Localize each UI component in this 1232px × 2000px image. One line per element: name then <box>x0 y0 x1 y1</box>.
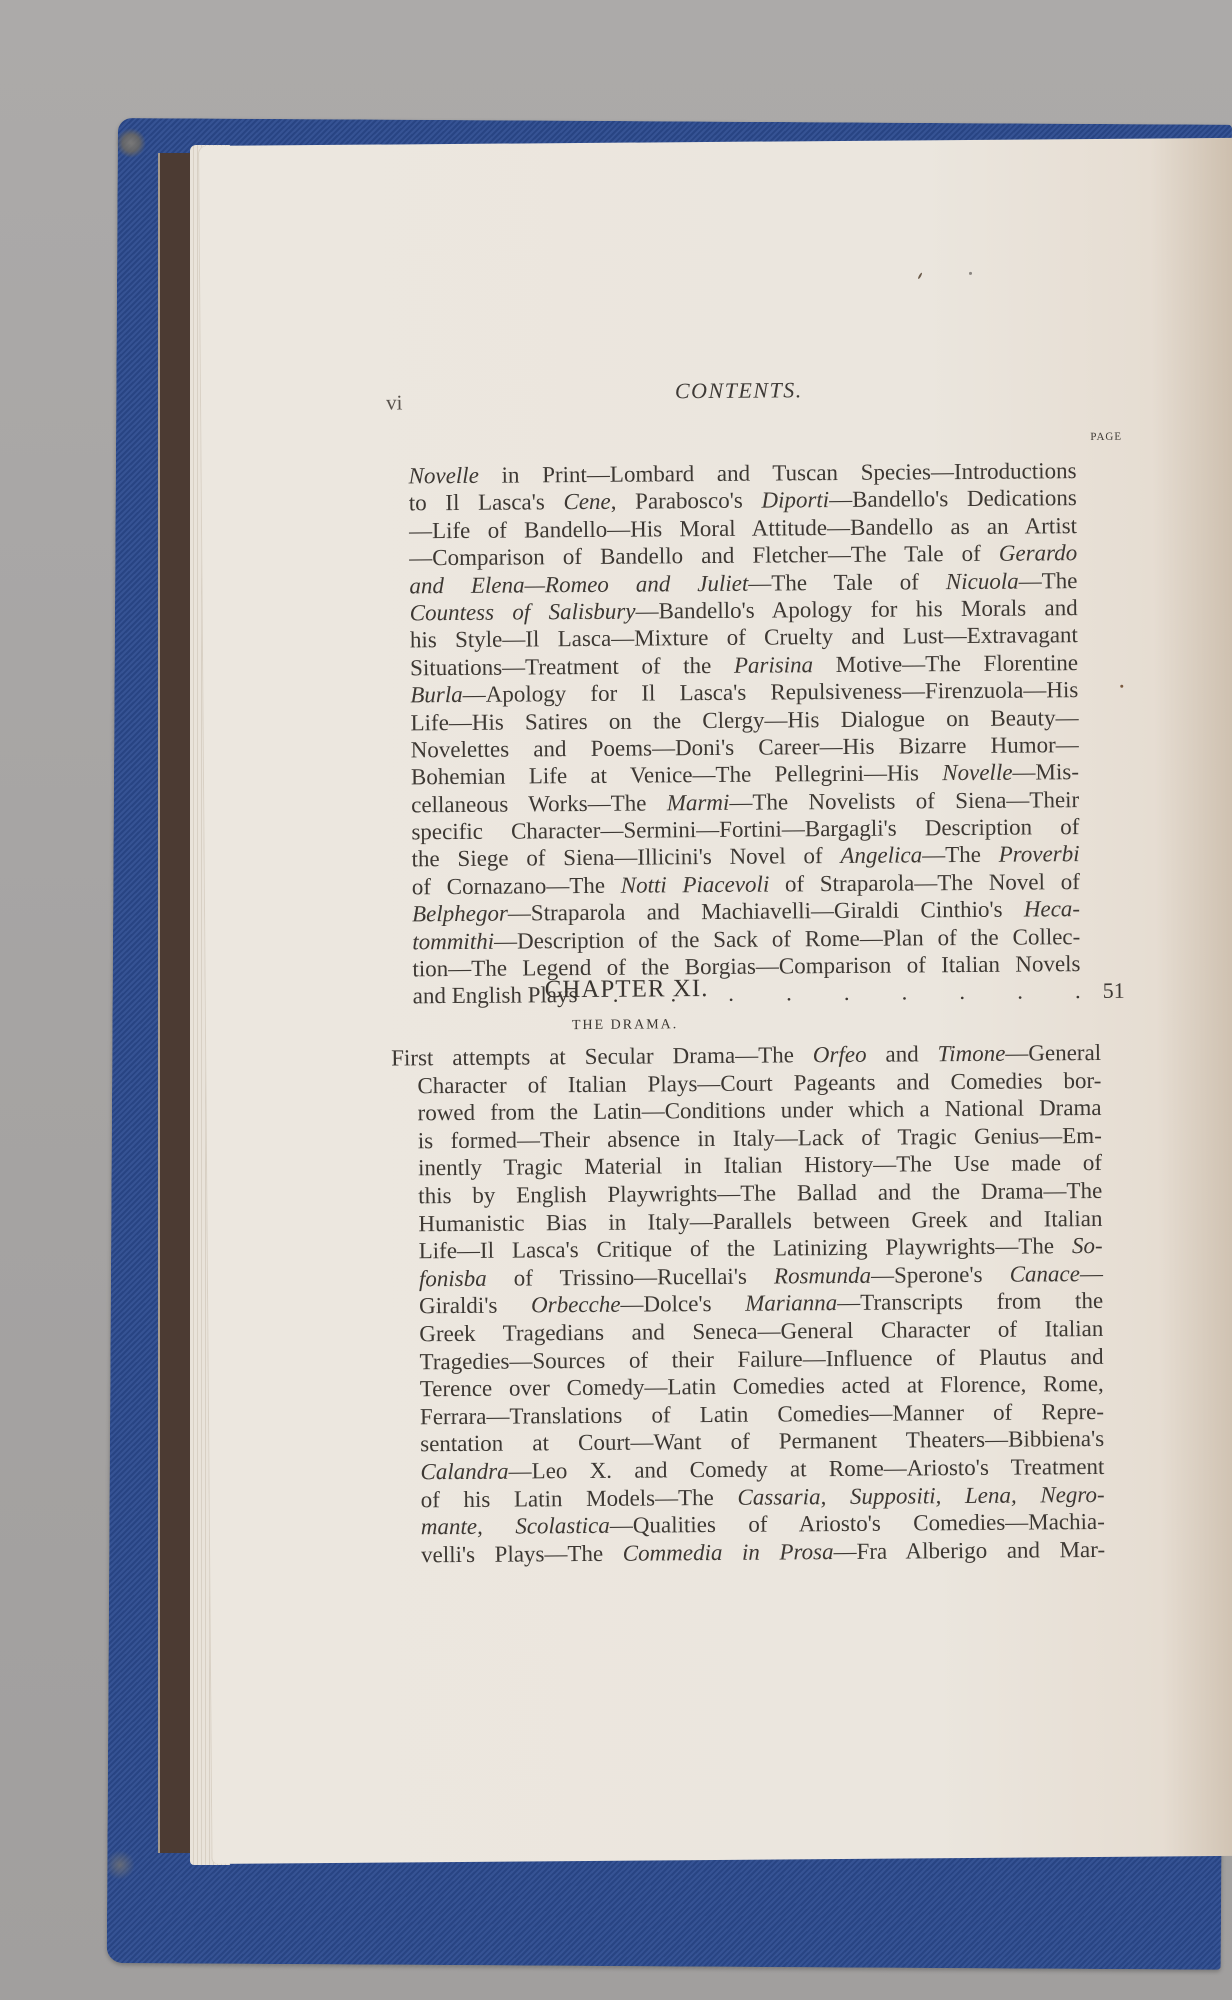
text-run: —Bandello's Dedications <box>829 485 1077 512</box>
italic-title: fonisba <box>419 1266 487 1292</box>
toc-page-number: 51 <box>1103 977 1125 1005</box>
text-run: the Siege of Siena—Illicini's Novel of <box>412 843 841 871</box>
text-run: and <box>866 1041 937 1067</box>
italic-title: Heca- <box>1024 896 1080 921</box>
italic-title: Countess of Salisbury <box>410 599 636 626</box>
text-run: Terence over Comedy—Latin Comedies acted… <box>420 1371 1104 1401</box>
leader-dot: . <box>728 980 734 1007</box>
cover-corner-wear <box>116 128 146 158</box>
chapter-subtitle: THE DRAMA. <box>572 1017 678 1034</box>
italic-title: Gerardo <box>999 540 1078 566</box>
italic-title: Parisina <box>734 652 813 678</box>
leader-dot: . <box>844 979 850 1006</box>
text-run: this by English Playwrights—The Ballad a… <box>418 1178 1102 1208</box>
italic-title: Burla <box>410 682 463 707</box>
text-run: First attempts at Secular Drama—The <box>391 1042 813 1070</box>
italic-title: So- <box>1072 1233 1103 1258</box>
paper-blemish <box>969 272 972 275</box>
text-run: —Description of the Sack of Rome—Plan of… <box>494 924 1080 954</box>
leader-dot: . <box>959 978 965 1005</box>
italic-title: Cene <box>563 489 610 514</box>
italic-title: Commedia in Prosa <box>623 1539 834 1566</box>
chapter-heading: CHAPTER XI. <box>545 975 709 1004</box>
text-run: Bohemian Life at Venice—The Pellegrini—H… <box>411 760 942 789</box>
italic-title: Cassaria, Suppositi, Lena, Negro- <box>737 1481 1104 1509</box>
text-run: is formed—Their absence in Italy—Lack of… <box>418 1123 1102 1153</box>
running-head: CONTENTS. <box>675 377 803 404</box>
text-run: —Transcripts from the <box>837 1288 1103 1315</box>
text-run: —Mis- <box>1012 759 1079 785</box>
text-run: Motive—The Florentine <box>813 650 1078 677</box>
text-run: —Life of Bandello—His Moral Attitude—Ban… <box>409 513 1077 543</box>
text-run: Giraldi's <box>419 1293 531 1319</box>
book-page: vi CONTENTS. PAGE Novelle in Print—Lomba… <box>198 138 1232 1864</box>
cover-corner-wear <box>105 1850 135 1880</box>
italic-title: Rosmunda <box>774 1262 871 1288</box>
paper-blemish <box>1120 685 1123 688</box>
text-run: —The Tale of <box>748 569 946 596</box>
chapter-xi-summary: First attempts at Secular Drama—The Orfe… <box>391 1039 1105 1569</box>
text-run: sentation at Court—Want of Permanent The… <box>420 1426 1104 1456</box>
text-run: —Fra Alberigo and Mar- <box>833 1537 1105 1564</box>
italic-title: Notti Piacevoli <box>621 871 770 897</box>
text-run: velli's Plays—The <box>421 1540 623 1567</box>
text-run: —The <box>1019 568 1078 593</box>
italic-title: Novelle <box>942 760 1012 786</box>
italic-title: Timone <box>938 1041 1006 1067</box>
italic-title: Marianna <box>745 1290 837 1316</box>
text-run: Novelettes and Poems—Doni's Career—His B… <box>411 732 1079 762</box>
text-run: Greek Tragedians and Seneca—General Char… <box>419 1316 1103 1346</box>
text-run: Situations—Treatment of the <box>410 653 734 681</box>
italic-title: mante, Scolastica <box>421 1513 610 1539</box>
toc-entry-chapter-x: Novelle in Print—Lombard and Tuscan Spec… <box>408 457 1080 1010</box>
text-run: —Bandello's Apology for his Morals and <box>635 595 1077 623</box>
text-run: Ferrara—Translations of Latin Comedies—M… <box>420 1399 1104 1429</box>
text-run: —Qualities of Ariosto's Comedies—Machia- <box>610 1509 1105 1538</box>
text-run: of Trissino—Rucellai's <box>487 1263 775 1290</box>
text-run: specific Character—Sermini—Fortini—Barga… <box>411 814 1079 844</box>
italic-title: tommithi <box>412 928 494 954</box>
italic-title: Proverbi <box>999 842 1080 868</box>
text-run: —Leo X. and Comedy at Rome—Ariosto's Tre… <box>509 1454 1105 1484</box>
toc-entry-last-line: and English Plays ......... 51 <box>413 978 1081 1011</box>
text-run: —General <box>1005 1040 1101 1066</box>
text-run: to Il Lasca's <box>409 490 564 516</box>
text-run: his Style—Il Lasca—Mixture of Cruelty an… <box>410 622 1078 652</box>
text-run: , Parabosco's <box>611 488 762 514</box>
text-run: inently Tragic Material in Italian Histo… <box>418 1150 1102 1180</box>
italic-title: Calandra <box>420 1459 508 1485</box>
italic-title: Nicuola <box>946 568 1019 594</box>
text-run: —Apology for Il Lasca's Repulsiveness—Fi… <box>463 677 1079 707</box>
italic-title: Orbecche <box>531 1292 621 1318</box>
folio-page-number: vi <box>386 390 403 415</box>
paper-blemish <box>917 272 922 279</box>
text-run: rowed from the Latin—Conditions under wh… <box>418 1095 1102 1125</box>
text-run: —The <box>922 842 999 868</box>
text-run: Humanistic Bias in Italy—Parallels betwe… <box>418 1205 1102 1235</box>
italic-title: Angelica <box>840 843 922 869</box>
text-run: —Comparison of Bandello and Fletcher—The… <box>409 541 999 571</box>
text-run: in Print—Lombard and Tuscan Species—Intr… <box>479 458 1077 488</box>
text-run: —Straparola and Machiavelli—Giraldi Cint… <box>508 897 1024 926</box>
text-run: of Cornazano—The <box>412 873 621 900</box>
text-run: —Dolce's <box>620 1291 745 1317</box>
text-run: — <box>1080 1261 1103 1286</box>
text-run: tion—The Legend of the Borgias—Compariso… <box>412 951 1080 981</box>
italic-title: Canace <box>1010 1261 1080 1287</box>
leader-dot: . <box>786 980 792 1007</box>
italic-title: Marmi <box>667 790 730 815</box>
endpaper-strip <box>158 153 194 1853</box>
text-run: of his Latin Models—The <box>421 1484 738 1511</box>
text-line: velli's Plays—The Commedia in Prosa—Fra … <box>395 1536 1105 1569</box>
italic-title: and Elena—Romeo and Juliet <box>409 570 748 598</box>
leader-dot: . <box>1075 978 1081 1005</box>
text-run: Tragedies—Sources of their Failure—Influ… <box>419 1343 1103 1373</box>
text-run: —The Novelists of Siena—Their <box>729 787 1079 815</box>
leader-dot: . <box>1017 978 1023 1005</box>
text-run: Life—His Satires on the Clergy—His Dialo… <box>410 705 1078 735</box>
text-run: Character of Italian Plays—Court Pageant… <box>417 1068 1101 1098</box>
italic-title: Belphegor <box>412 901 508 927</box>
text-run: —Sperone's <box>871 1261 1010 1287</box>
italic-title: Orfeo <box>813 1042 867 1067</box>
italic-title: Novelle <box>408 463 478 489</box>
text-run: of Straparola—The Novel of <box>769 869 1080 896</box>
text-run: cellaneous Works—The <box>411 790 667 817</box>
leader-dot: . <box>901 979 907 1006</box>
italic-title: Diporti <box>761 487 829 513</box>
text-run: Life—Il Lasca's Critique of the Latinizi… <box>419 1233 1073 1263</box>
page-column-label: PAGE <box>1090 431 1122 443</box>
toc-entry-lines: Novelle in Print—Lombard and Tuscan Spec… <box>408 457 1080 983</box>
